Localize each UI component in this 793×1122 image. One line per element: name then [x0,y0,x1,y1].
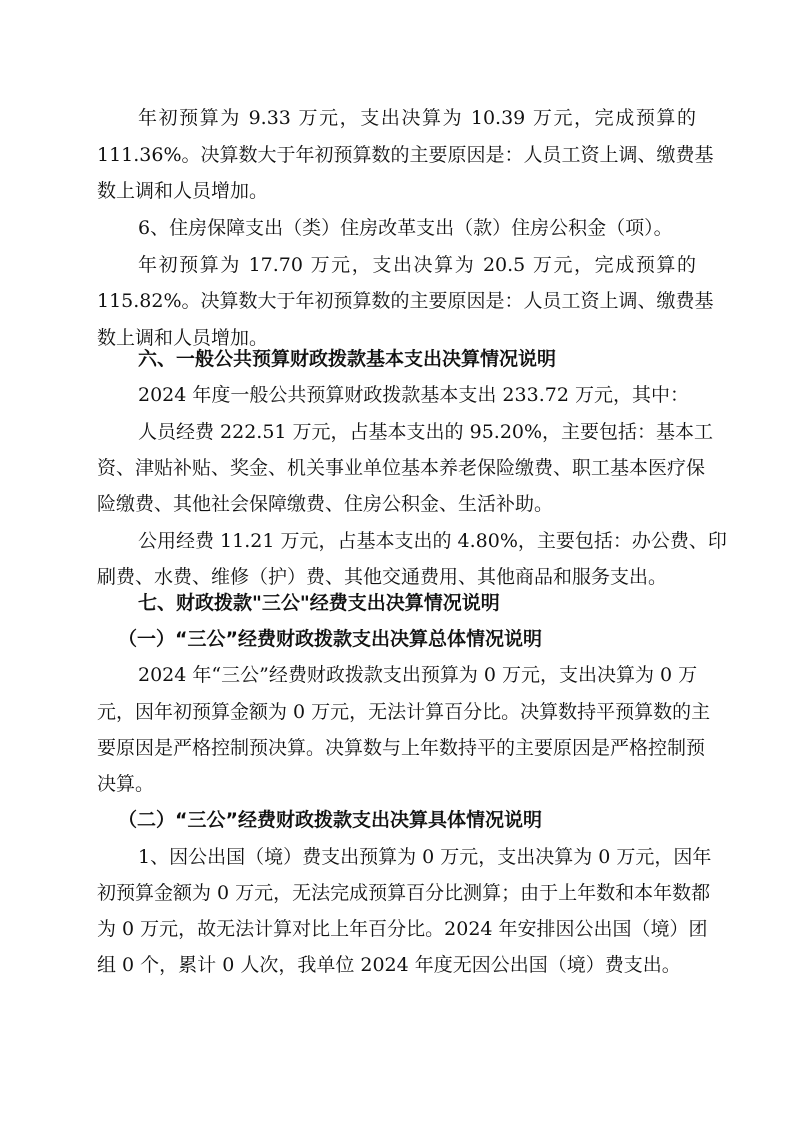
section-heading: 七、财政拨款"三公"经费支出决算情况说明 [138,591,696,615]
paragraph-line: 资、津贴补贴、奖金、机关事业单位基本养老保险缴费、职工基本医疗保 [97,456,696,480]
paragraph-line: 1、因公出国（境）费支出预算为 0 万元，支出决算为 0 万元，因年 [138,845,696,869]
paragraph-line: 年初预算为 9.33 万元，支出决算为 10.39 万元，完成预算的 [138,106,696,130]
paragraph-line: 公用经费 11.21 万元，占基本支出的 4.80%，主要包括：办公费、印 [138,529,696,553]
paragraph-line: 初预算金额为 0 万元，无法完成预算百分比测算；由于上年数和本年数都 [97,881,696,905]
paragraph-line: 人员经费 222.51 万元，占基本支出的 95.20%，主要包括：基本工 [138,420,696,444]
section-heading: 六、一般公共预算财政拨款基本支出决算情况说明 [138,347,696,371]
paragraph-line: 要原因是严格控制预决算。决算数与上年数持平的主要原因是严格控制预 [97,736,696,760]
paragraph-line: 2024 年“三公”经费财政拨款支出预算为 0 万元，支出决算为 0 万 [138,663,696,687]
paragraph-line: 6、住房保障支出（类）住房改革支出（款）住房公积金（项）。 [138,216,696,240]
paragraph-line: 115.82%。决算数大于年初预算数的主要原因是：人员工资上调、缴费基 [97,289,696,313]
paragraph-line: 险缴费、其他社会保障缴费、住房公积金、生活补助。 [97,492,696,516]
paragraph-line: 111.36%。决算数大于年初预算数的主要原因是：人员工资上调、缴费基 [97,143,696,167]
paragraph-line: 组 0 个，累计 0 人次，我单位 2024 年度无因公出国（境）费支出。 [97,953,696,977]
paragraph-line: 数上调和人员增加。 [97,179,696,203]
paragraph-line: 为 0 万元，故无法计算对比上年百分比。2024 年安排因公出国（境）团 [97,917,696,941]
paragraph-line: 刷费、水费、维修（护）费、其他交通费用、其他商品和服务支出。 [97,565,696,589]
paragraph-line: 2024 年度一般公共预算财政拨款基本支出 233.72 万元，其中： [138,383,696,407]
paragraph-line: 年初预算为 17.70 万元，支出决算为 20.5 万元，完成预算的 [138,253,696,277]
subsection-heading: （二）“三公”经费财政拨款支出决算具体情况说明 [118,808,696,832]
paragraph-line: 决算。 [97,772,696,796]
subsection-heading: （一）“三公”经费财政拨款支出决算总体情况说明 [118,627,696,651]
paragraph-line: 元，因年初预算金额为 0 万元，无法计算百分比。决算数持平预算数的主 [97,700,696,724]
